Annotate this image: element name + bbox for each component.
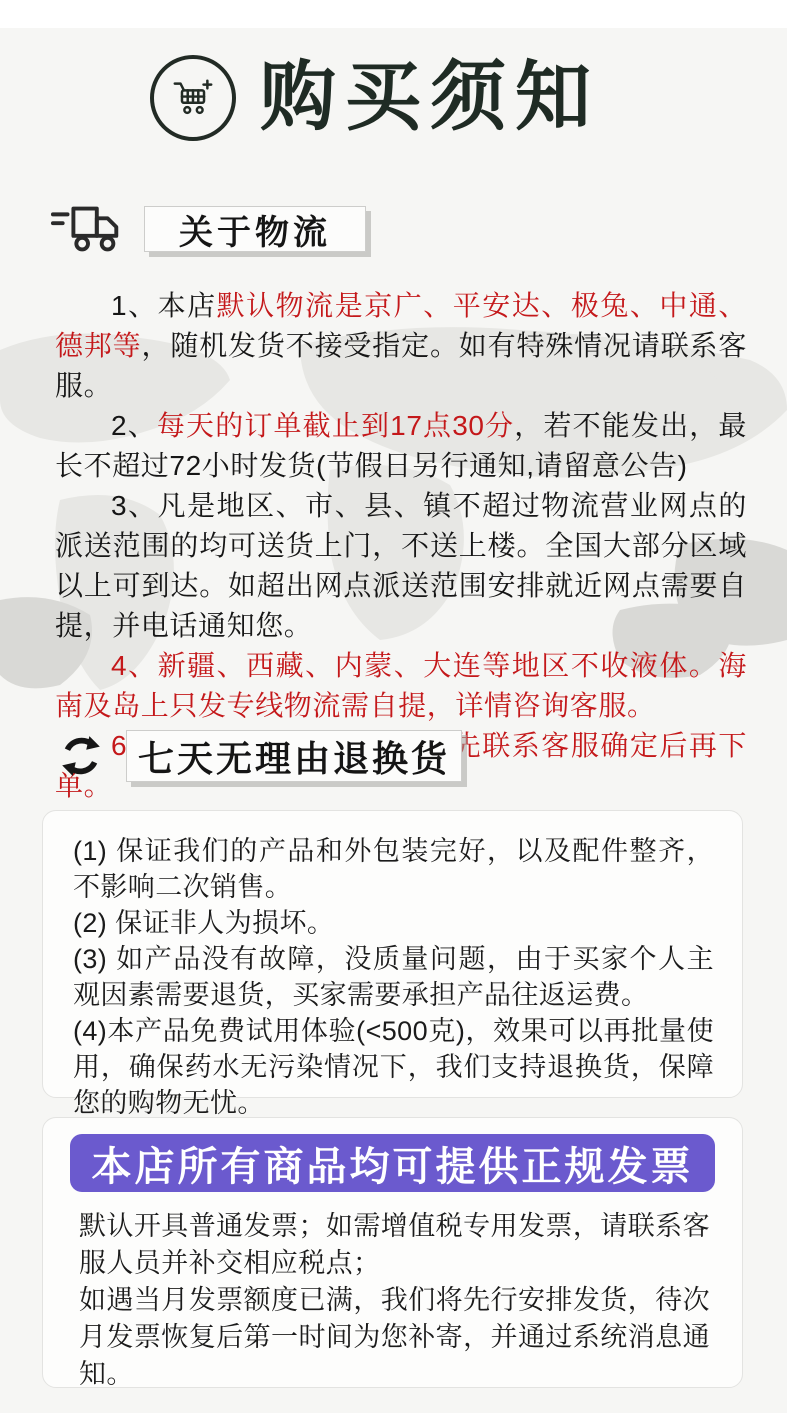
logistics-section-header: 关于物流 [50,200,366,258]
returns-line-2: (2) 保证非人为损坏。 [73,905,714,941]
top-white-strip [0,0,787,28]
returns-policy-card: (1) 保证我们的产品和外包装完好，以及配件整齐，不影响二次销售。 (2) 保证… [42,810,743,1098]
returns-section-header: 七天无理由退换货 [58,730,462,782]
returns-line-4: (4)本产品免费试用体验(<500克)，效果可以再批量使用，确保药水无污染情况下… [73,1013,714,1121]
invoice-text: 默认开具普通发票；如需增值税专用发票，请联系客服人员并补交相应税点； 如遇当月发… [43,1192,742,1393]
cart-glyph [170,75,216,121]
logistics-item-2: 2、每天的订单截止到17点30分，若不能发出，最长不超过72小时发货(节假日另行… [55,406,747,486]
logistics-item-4-text: 4、新疆、西藏、内蒙、大连等地区不收液体。海南及岛上只发专线物流需自提，详情咨询… [55,650,747,721]
cart-plus-icon [150,55,236,141]
logistics-item-4: 4、新疆、西藏、内蒙、大连等地区不收液体。海南及岛上只发专线物流需自提，详情咨询… [55,646,747,726]
logistics-item-1-text: 1、本店 [111,290,217,321]
logistics-notes: 1、本店默认物流是京广、平安达、极兔、中通、德邦等，随机发货不接受指定。如有特殊… [55,286,747,806]
logistics-item-3-text: 3、凡是地区、市、县、镇不超过物流营业网点的派送范围的均可送货上门，不送上楼。全… [55,490,747,641]
returns-section-label: 七天无理由退换货 [126,730,462,782]
invoice-card: 本店所有商品均可提供正规发票 默认开具普通发票；如需增值税专用发票，请联系客服人… [42,1117,743,1388]
refresh-icon [58,733,104,779]
logistics-item-1: 1、本店默认物流是京广、平安达、极兔、中通、德邦等，随机发货不接受指定。如有特殊… [55,286,747,406]
invoice-paragraph-1: 默认开具普通发票；如需增值税专用发票，请联系客服人员并补交相应税点； [79,1208,710,1282]
invoice-paragraph-2: 如遇当月发票额度已满，我们将先行安排发货，待次月发票恢复后第一时间为您补寄，并通… [79,1282,710,1393]
returns-line-1: (1) 保证我们的产品和外包装完好，以及配件整齐，不影响二次销售。 [73,833,714,905]
logistics-item-2-highlight: 每天的订单截止到17点30分 [157,410,514,441]
invoice-banner: 本店所有商品均可提供正规发票 [70,1134,715,1192]
page-title: 购买须知 [260,60,600,136]
page-header: 购买须知 [150,52,600,144]
logistics-item-3: 3、凡是地区、市、县、镇不超过物流营业网点的派送范围的均可送货上门，不送上楼。全… [55,486,747,646]
returns-line-3: (3) 如产品没有故障，没质量问题，由于买家个人主观因素需要退货，买家需要承担产… [73,941,714,1013]
truck-icon [50,200,128,258]
logistics-section-label: 关于物流 [144,206,366,252]
logistics-item-1-rest: ，随机发货不接受指定。如有特殊情况请联系客服。 [55,330,747,401]
logistics-item-2-text: 2、 [111,410,157,441]
